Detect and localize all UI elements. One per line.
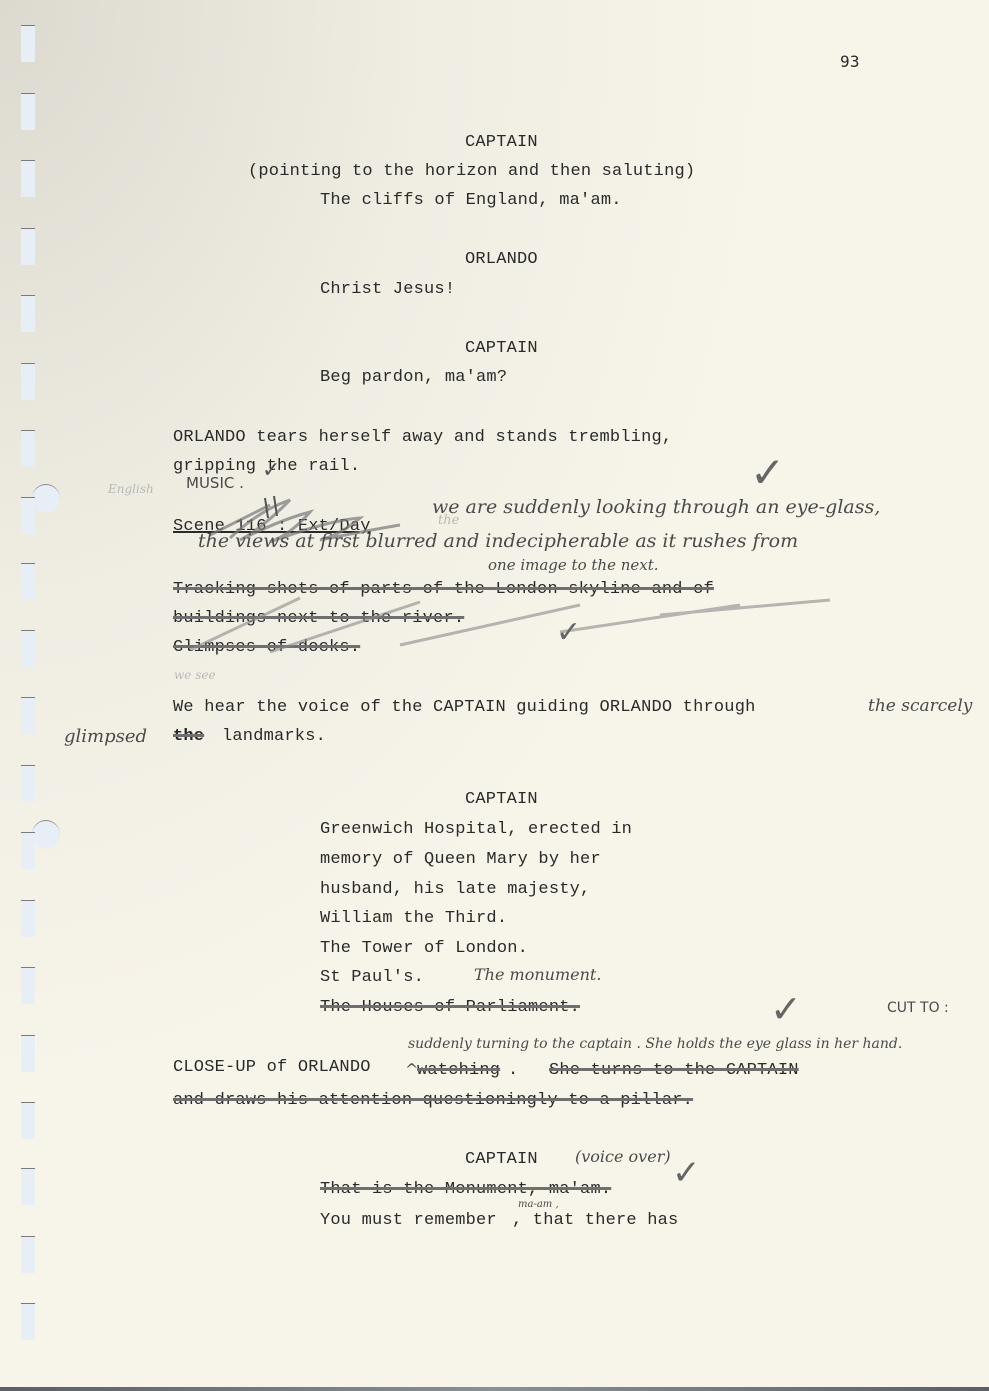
annotation-scarcely: the scarcely (868, 696, 972, 716)
binder-round-hole (32, 820, 60, 849)
binder-hole (21, 25, 35, 62)
character-name: CAPTAIN (465, 339, 538, 359)
diagonal-strike-marks (180, 590, 840, 660)
binder-hole (21, 563, 35, 600)
character-name: ORLANDO (465, 250, 538, 270)
action-line: We hear the voice of the CAPTAIN guiding… (173, 698, 756, 718)
struck-dialogue-line: That is the Monument, ma'am. (320, 1180, 611, 1200)
page-bottom-edge (0, 1387, 989, 1391)
parenthetical: (pointing to the horizon and then saluti… (248, 162, 695, 182)
dialogue-line: husband, his late majesty, (320, 880, 590, 900)
dialogue-line: , that there has (512, 1211, 678, 1231)
page-number: 93 (840, 52, 860, 72)
action-line: ORLANDO tears herself away and stands tr… (173, 428, 672, 448)
dialogue-line: memory of Queen Mary by her (320, 850, 601, 870)
struck-action-line: and draws his attention questioningly to… (173, 1091, 693, 1111)
dialogue-line: William the Third. (320, 909, 507, 929)
check-mark-icon: ✓ (770, 990, 802, 1028)
annotation-views: the views at first blurred and indeciphe… (198, 530, 798, 552)
binder-hole (21, 295, 35, 332)
annotation-eyeglass: we are suddenly looking through an eye-g… (432, 496, 880, 518)
dialogue: Beg pardon, ma'am? (320, 368, 507, 388)
dialogue-line: Greenwich Hospital, erected in (320, 820, 632, 840)
script-page: 93 CAPTAIN (pointing to the horizon and … (0, 0, 989, 1391)
binder-hole (21, 697, 35, 734)
annotation-monument: The monument. (474, 965, 601, 984)
binder-hole (21, 1102, 35, 1139)
binder-hole (21, 430, 35, 467)
binder-hole (21, 630, 35, 667)
check-mark-icon: ✓ (672, 1156, 701, 1190)
action-line: landmarks. (222, 727, 326, 747)
annotation-voice-over: (voice over) (575, 1147, 671, 1166)
annotation-next-image: one image to the next. (488, 556, 659, 574)
dialogue-line: You must remember (320, 1211, 497, 1231)
binder-round-hole (32, 484, 60, 513)
annotation-glimpsed: glimpsed (64, 726, 147, 747)
struck-word: watching (417, 1061, 500, 1081)
binder-hole (21, 1168, 35, 1205)
binder-hole (21, 363, 35, 400)
binder-hole (21, 832, 35, 869)
binder-hole (21, 1303, 35, 1340)
binder-hole (21, 900, 35, 937)
annotation-cut-to: CUT TO : (887, 1000, 949, 1016)
check-mark-icon: ✓ (750, 452, 785, 494)
binder-hole (21, 967, 35, 1004)
dialogue: Christ Jesus! (320, 280, 455, 300)
character-name: CAPTAIN (465, 1150, 538, 1170)
annotation-turning: suddenly turning to the captain . She ho… (408, 1036, 902, 1052)
binder-hole (21, 765, 35, 802)
dialogue-line: St Paul's. (320, 968, 424, 988)
binder-hole (21, 93, 35, 130)
action-line: . (508, 1061, 518, 1081)
struck-action-line: She turns to the CAPTAIN (549, 1061, 799, 1081)
check-mark-icon: ✓ (556, 618, 581, 648)
binder-hole (21, 228, 35, 265)
dialogue-line: The Tower of London. (320, 939, 528, 959)
struck-word: the (173, 727, 204, 747)
annotation-we-see: we see (174, 668, 216, 682)
dialogue: The cliffs of England, ma'am. (320, 191, 622, 211)
binder-hole (21, 1035, 35, 1072)
check-mark-icon: ✓ (262, 460, 280, 482)
annotation-ma-am: ma-am , (518, 1199, 559, 1210)
character-name: CAPTAIN (465, 790, 538, 810)
struck-dialogue-line: The Houses of Parliament. (320, 998, 580, 1018)
annotation-english: English (108, 482, 154, 496)
binder-hole (21, 497, 35, 534)
binder-hole (21, 1236, 35, 1273)
character-name: CAPTAIN (465, 133, 538, 153)
binder-hole (21, 160, 35, 197)
action-line: CLOSE-UP of ORLANDO (173, 1058, 371, 1078)
